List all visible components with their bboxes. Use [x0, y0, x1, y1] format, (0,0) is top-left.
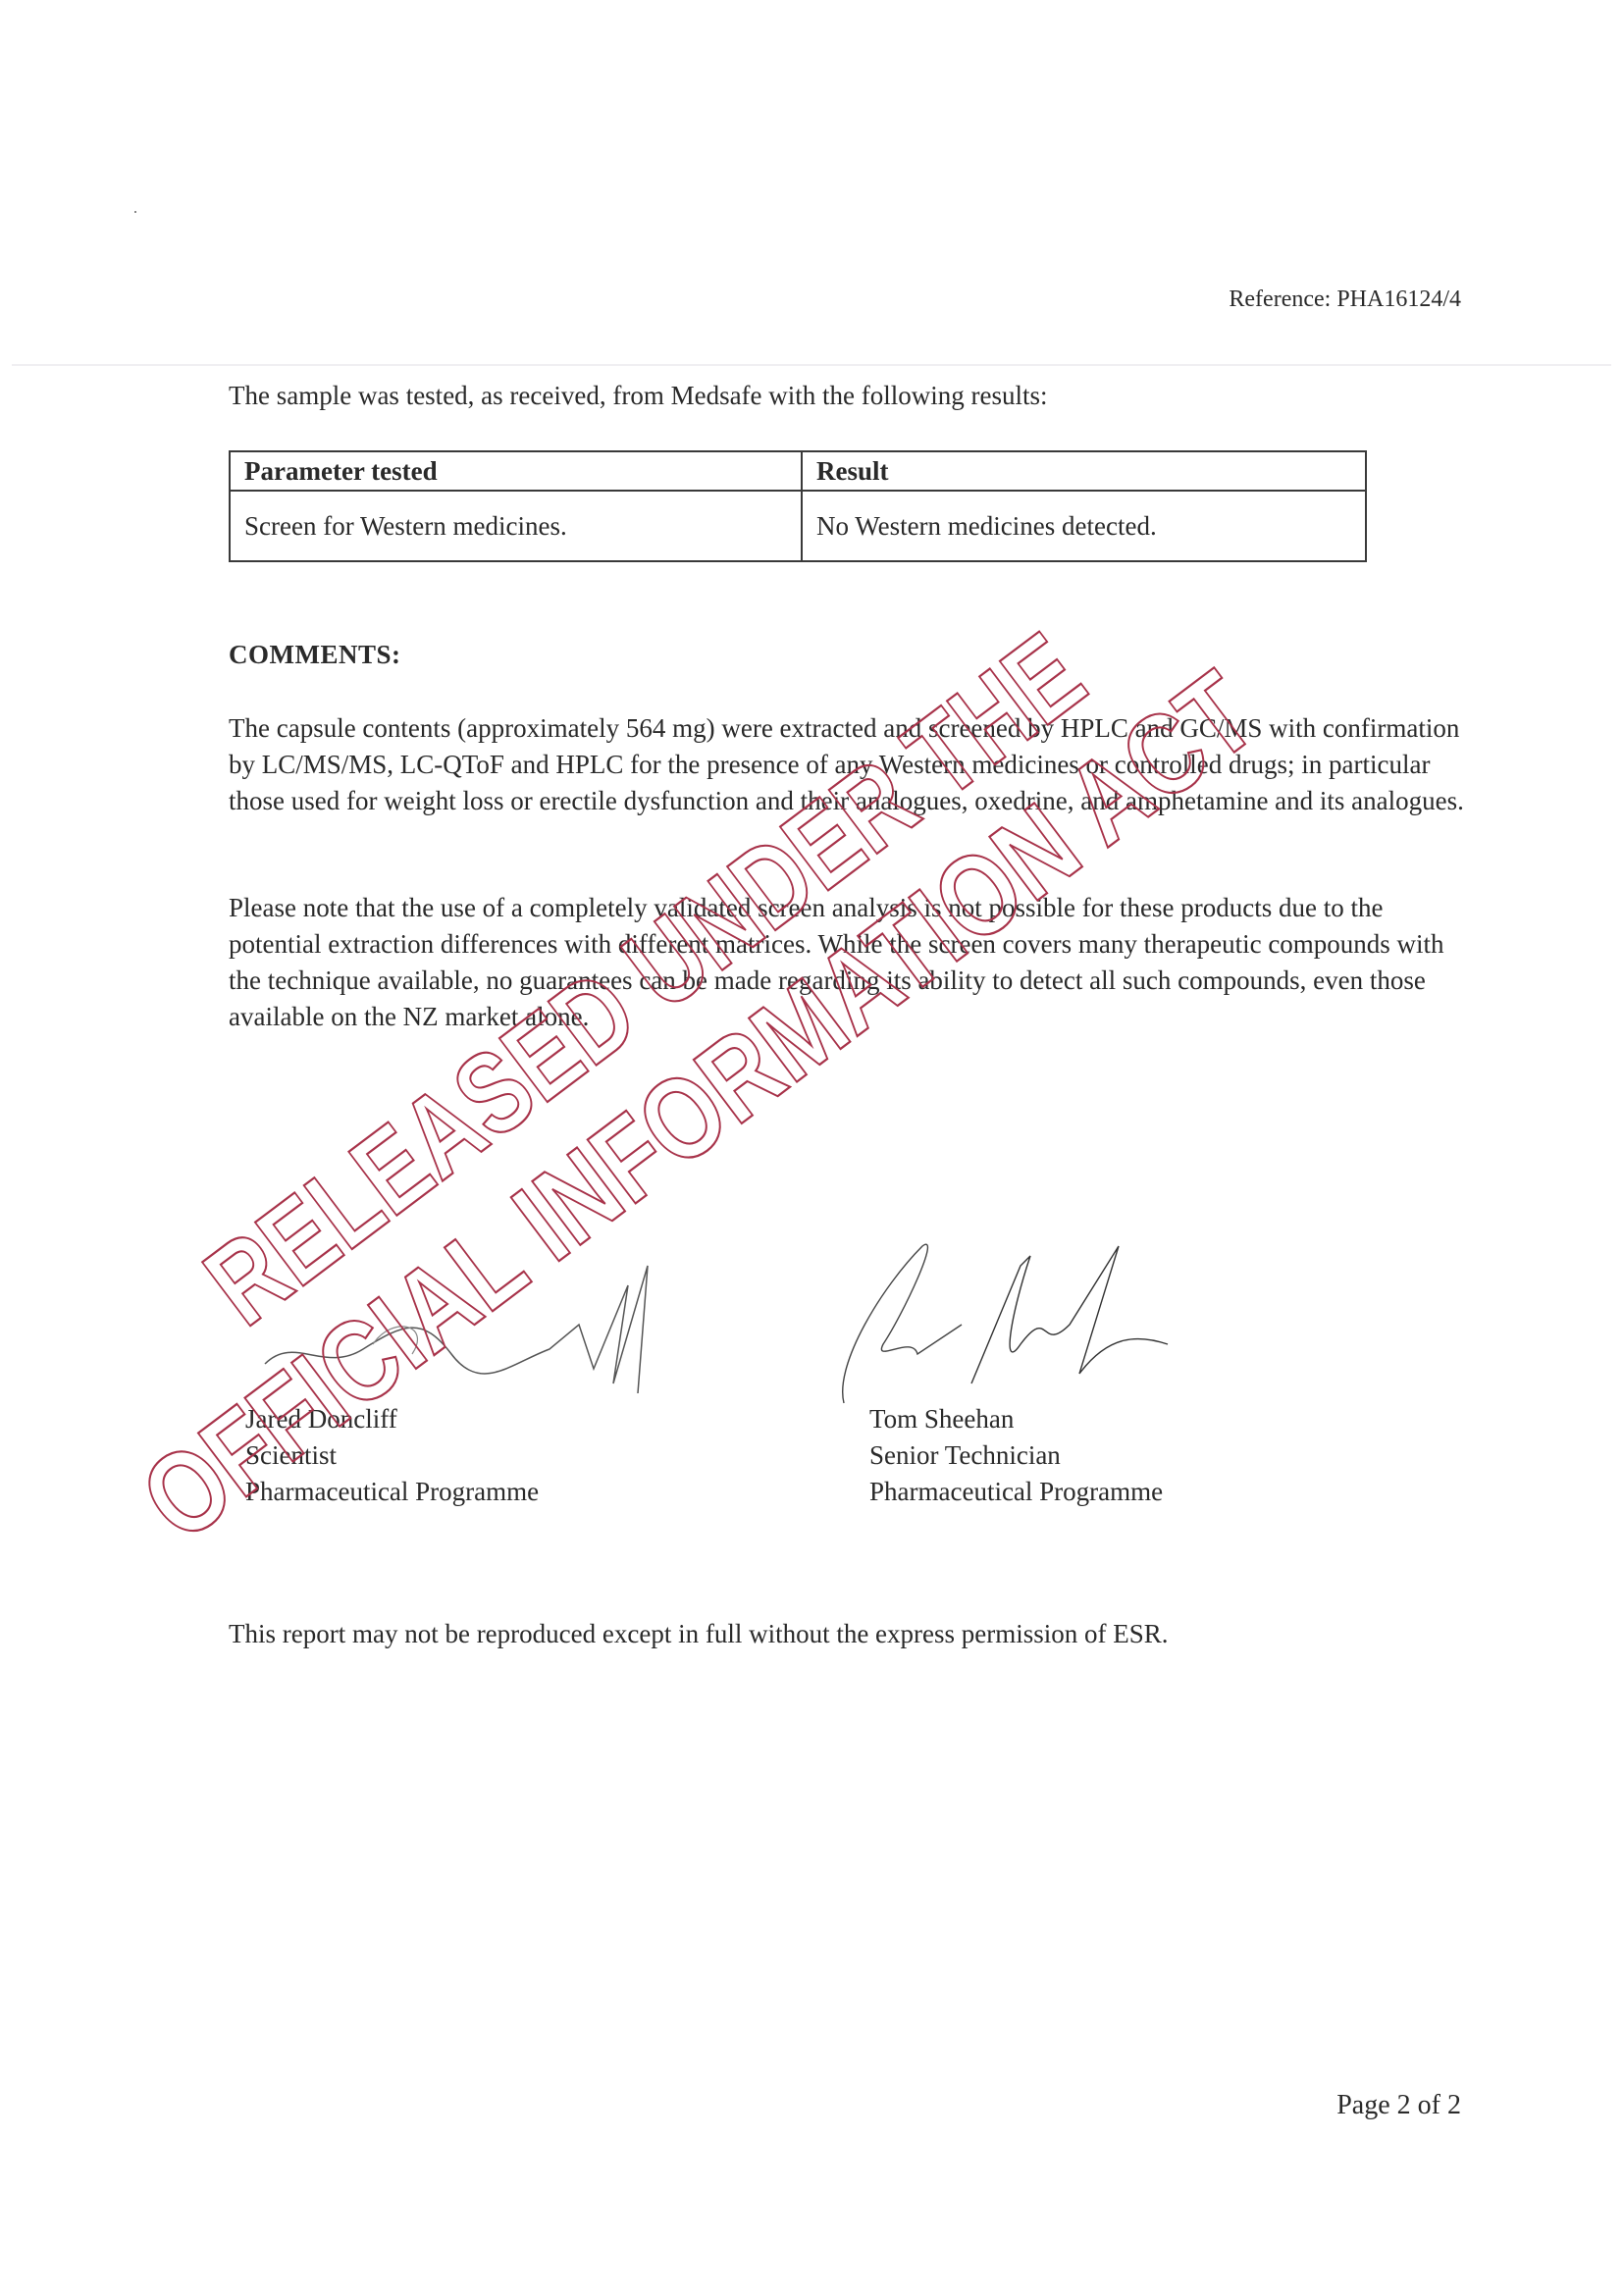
intro-text: The sample was tested, as received, from… [229, 381, 1048, 411]
signatory-name: Jared Doncliff [245, 1401, 539, 1437]
signatory-1: Jared Doncliff Scientist Pharmaceutical … [245, 1401, 539, 1510]
signatory-department: Pharmaceutical Programme [245, 1474, 539, 1510]
column-header-result: Result [802, 451, 1366, 491]
header-divider [12, 364, 1611, 366]
cell-result: No Western medicines detected. [802, 491, 1366, 561]
reference-number: Reference: PHA16124/4 [1229, 287, 1461, 313]
comments-paragraph-2: Please note that the use of a completely… [229, 890, 1465, 1035]
page-number: Page 2 of 2 [1336, 2090, 1461, 2121]
signature-tom-sheehan [824, 1226, 1197, 1413]
table-row: Screen for Western medicines. No Western… [230, 491, 1366, 561]
watermark-stamp: RELEASED UNDER THE OFFICIAL INFORMATION … [0, 0, 1623, 2296]
signatory-title: Senior Technician [869, 1437, 1163, 1474]
comments-heading: COMMENTS: [229, 640, 401, 670]
signature-jared-doncliff [255, 1256, 667, 1403]
results-table: Parameter tested Result Screen for Weste… [229, 450, 1367, 562]
table-header-row: Parameter tested Result [230, 451, 1366, 491]
column-header-parameter: Parameter tested [230, 451, 802, 491]
signatory-department: Pharmaceutical Programme [869, 1474, 1163, 1510]
scan-speck [134, 211, 136, 213]
signatory-title: Scientist [245, 1437, 539, 1474]
footer-note: This report may not be reproduced except… [229, 1619, 1169, 1649]
comments-paragraph-1: The capsule contents (approximately 564 … [229, 710, 1465, 819]
signatory-name: Tom Sheehan [869, 1401, 1163, 1437]
cell-parameter: Screen for Western medicines. [230, 491, 802, 561]
signatory-2: Tom Sheehan Senior Technician Pharmaceut… [869, 1401, 1163, 1510]
